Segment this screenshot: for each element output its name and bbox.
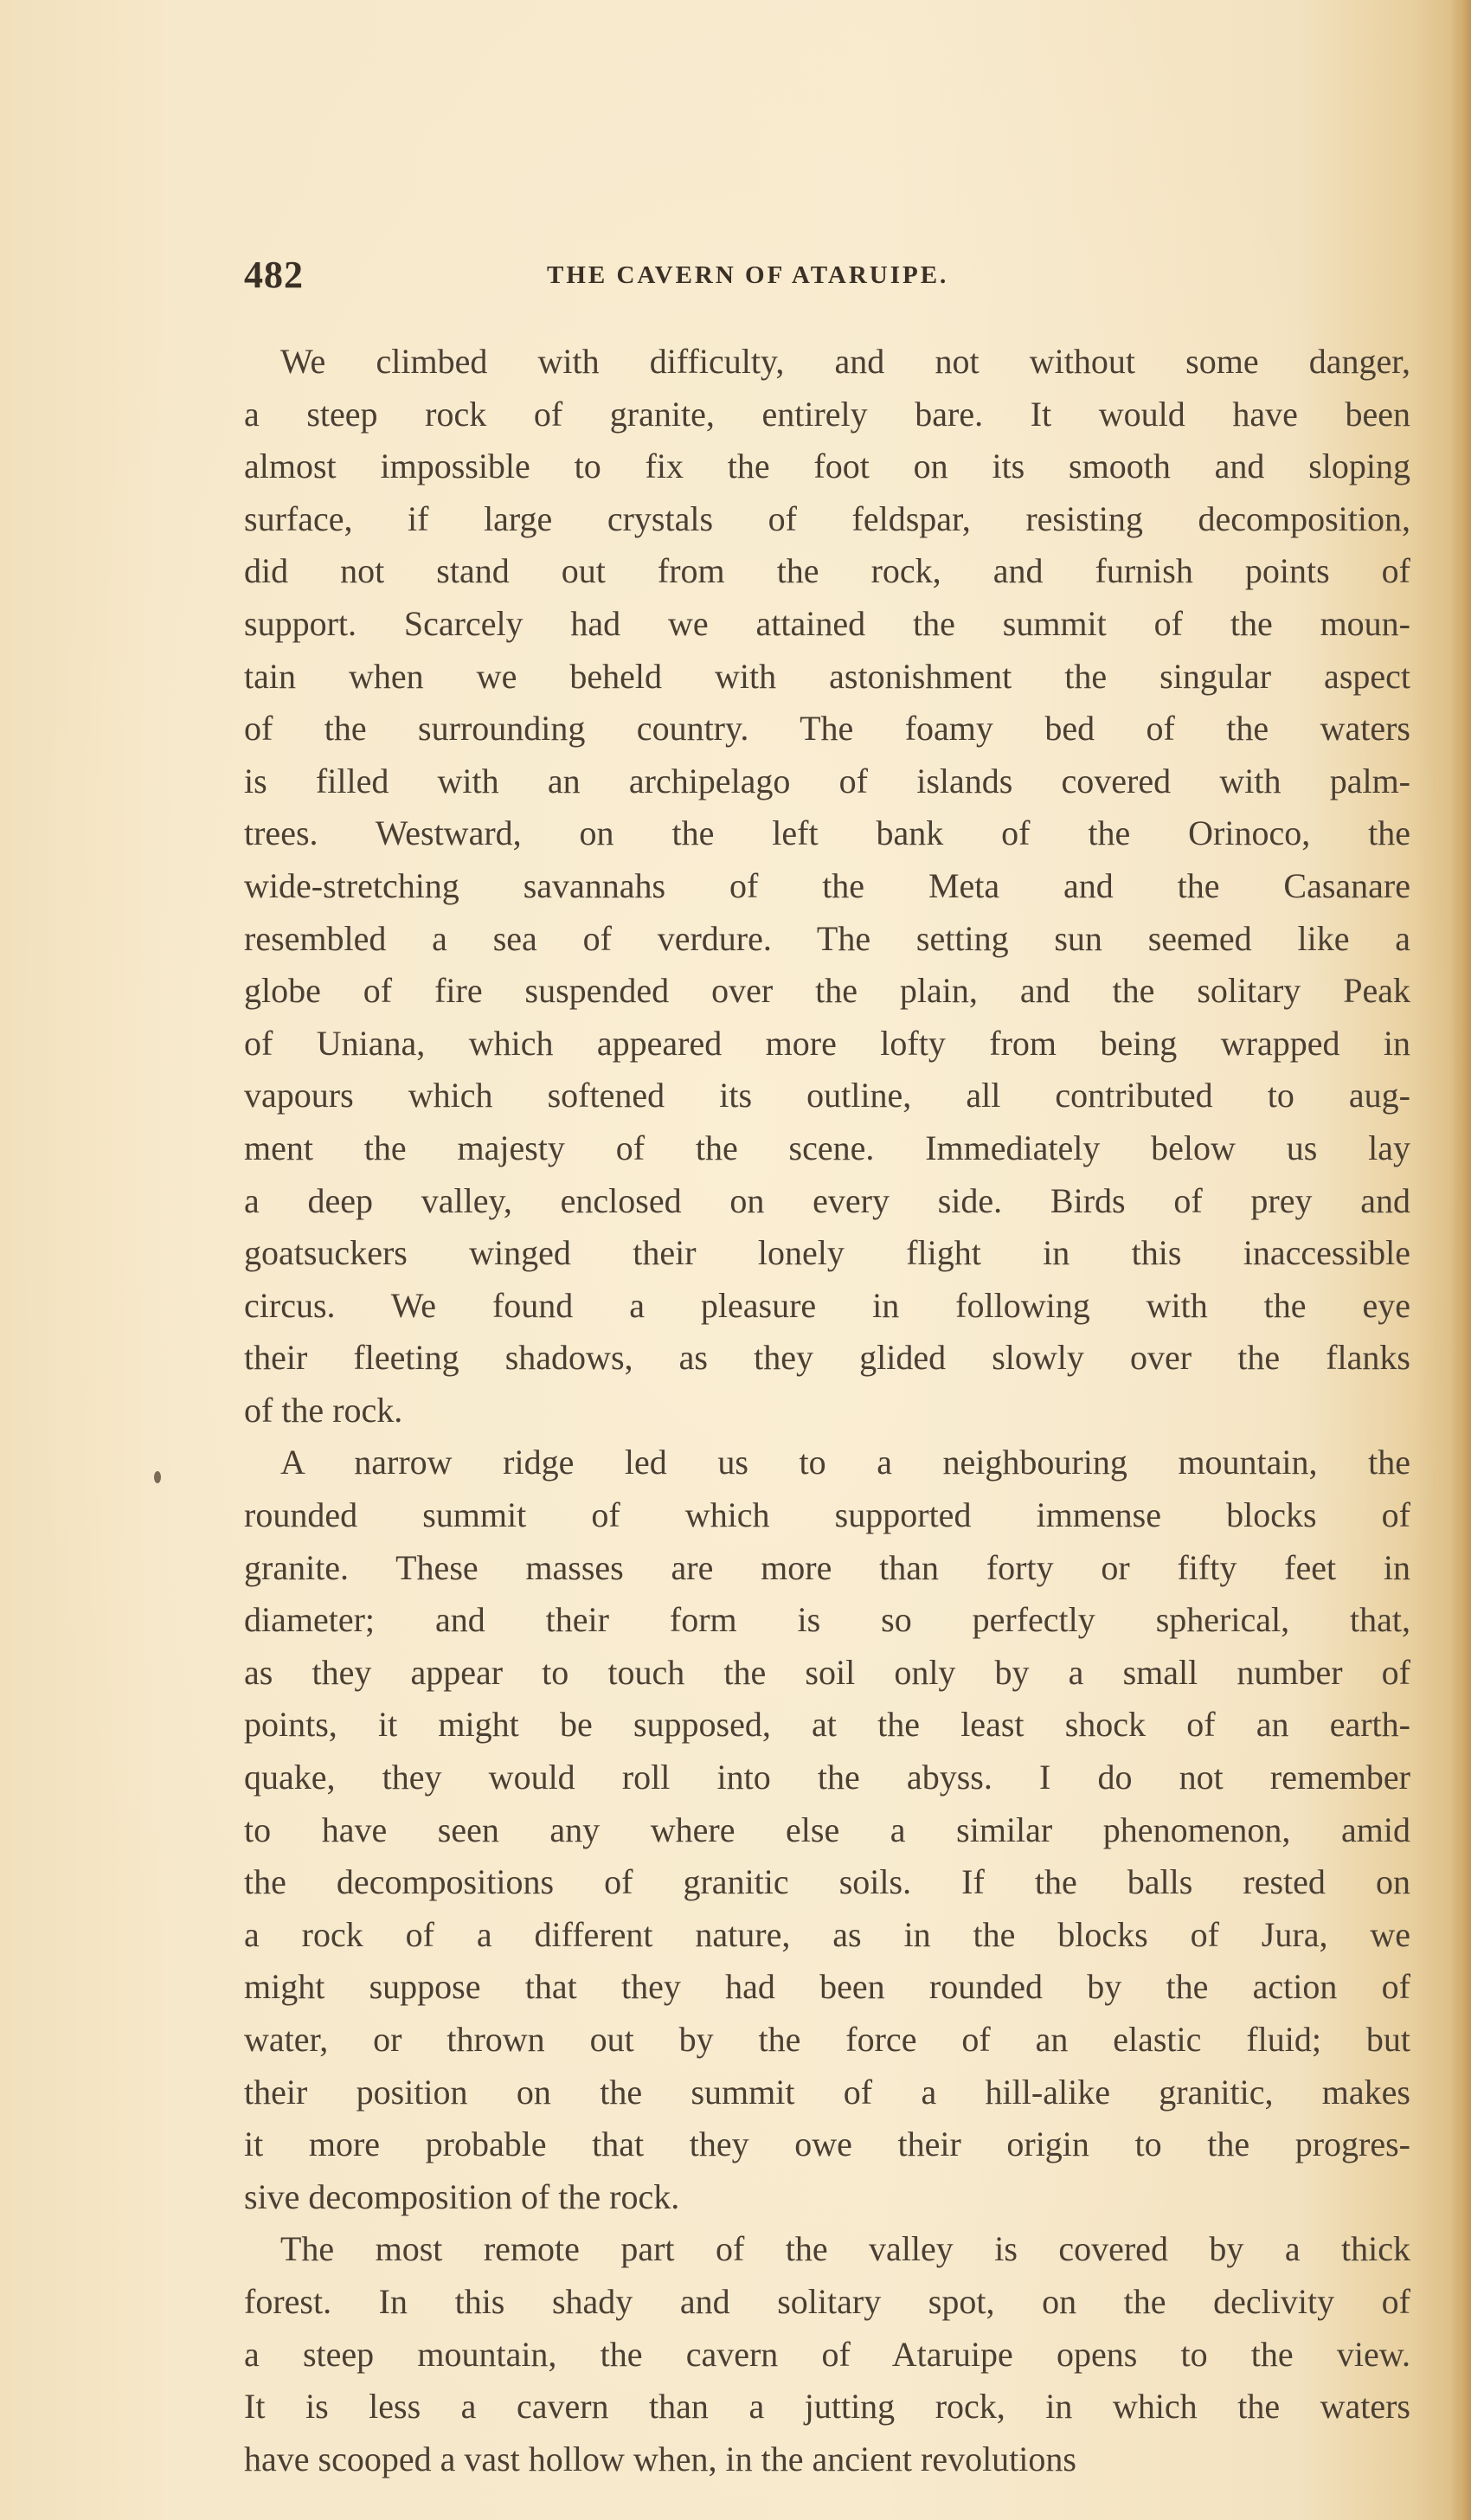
text-line: wide-stretching savannahs of the Meta an… bbox=[244, 860, 1410, 913]
body-text: We climbed with difficulty, and not with… bbox=[244, 336, 1410, 2485]
text-line-content: a rock of a different nature, as in the … bbox=[244, 1909, 1410, 1962]
text-line-content: quake, they would roll into the abyss. I… bbox=[244, 1752, 1410, 1804]
text-line: water, or thrown out by the force of an … bbox=[244, 2014, 1410, 2067]
book-page: 482 THE CAVERN OF ATARUIPE. We climbed w… bbox=[0, 0, 1471, 2520]
text-line: quake, they would roll into the abyss. I… bbox=[244, 1752, 1410, 1804]
text-line: their fleeting shadows, as they glided s… bbox=[244, 1332, 1410, 1385]
text-line-content: forest. In this shady and solitary spot,… bbox=[244, 2276, 1410, 2329]
text-line: surface, if large crystals of feldspar, … bbox=[244, 493, 1410, 546]
text-line: might suppose that they had been rounded… bbox=[244, 1961, 1410, 2014]
text-line: It is less a cavern than a jutting rock,… bbox=[244, 2381, 1410, 2433]
paragraph: A narrow ridge led us to a neighbouring … bbox=[244, 1437, 1410, 2223]
text-line: goatsuckers winged their lonely flight i… bbox=[244, 1227, 1410, 1280]
running-title: THE CAVERN OF ATARUIPE. bbox=[547, 261, 948, 290]
text-line: forest. In this shady and solitary spot,… bbox=[244, 2276, 1410, 2329]
text-line-content: rounded summit of which supported immens… bbox=[244, 1489, 1410, 1542]
text-line: The most remote part of the valley is co… bbox=[244, 2223, 1410, 2276]
text-line: almost impossible to fix the foot on its… bbox=[244, 440, 1410, 493]
text-line: granite. These masses are more than fort… bbox=[244, 1542, 1410, 1595]
text-line-content: resembled a sea of verdure. The setting … bbox=[244, 913, 1410, 966]
text-line-content: their position on the summit of a hill-a… bbox=[244, 2067, 1410, 2119]
text-line-content: a deep valley, enclosed on every side. B… bbox=[244, 1175, 1410, 1228]
text-line: rounded summit of which supported immens… bbox=[244, 1489, 1410, 1542]
text-line: to have seen any where else a similar ph… bbox=[244, 1804, 1410, 1857]
text-line-content: their fleeting shadows, as they glided s… bbox=[244, 1332, 1410, 1385]
text-line: a steep rock of granite, entirely bare. … bbox=[244, 389, 1410, 441]
text-line: have scooped a vast hollow when, in the … bbox=[244, 2433, 1410, 2486]
text-line: points, it might be supposed, at the lea… bbox=[244, 1699, 1410, 1752]
text-line-content: as they appear to touch the soil only by… bbox=[244, 1647, 1410, 1700]
text-line-content: is filled with an archipelago of islands… bbox=[244, 755, 1410, 808]
text-line-content: of Uniana, which appeared more lofty fro… bbox=[244, 1018, 1410, 1070]
text-line-content: It is less a cavern than a jutting rock,… bbox=[244, 2381, 1410, 2433]
text-line-content: support. Scarcely had we attained the su… bbox=[244, 598, 1410, 651]
text-line-content: ment the majesty of the scene. Immediate… bbox=[244, 1122, 1410, 1175]
text-line: globe of fire suspended over the plain, … bbox=[244, 965, 1410, 1018]
text-line: circus. We found a pleasure in following… bbox=[244, 1280, 1410, 1333]
text-line-content: have scooped a vast hollow when, in the … bbox=[244, 2433, 1410, 2486]
paragraph: We climbed with difficulty, and not with… bbox=[244, 336, 1410, 1437]
text-line: tain when we beheld with astonishment th… bbox=[244, 651, 1410, 704]
text-line-content: trees. Westward, on the left bank of the… bbox=[244, 807, 1410, 860]
text-line-content: vapours which softened its outline, all … bbox=[244, 1070, 1410, 1122]
text-line-content: might suppose that they had been rounded… bbox=[244, 1961, 1410, 2014]
text-line-content: did not stand out from the rock, and fur… bbox=[244, 545, 1410, 598]
text-line: a rock of a different nature, as in the … bbox=[244, 1909, 1410, 1962]
ink-speck bbox=[154, 1471, 161, 1483]
text-line-content: of the surrounding country. The foamy be… bbox=[244, 703, 1410, 755]
text-line-content: A narrow ridge led us to a neighbouring … bbox=[280, 1437, 1410, 1489]
text-line-content: surface, if large crystals of feldspar, … bbox=[244, 493, 1410, 546]
text-line: a steep mountain, the cavern of Ataruipe… bbox=[244, 2329, 1410, 2382]
text-line-content: almost impossible to fix the foot on its… bbox=[244, 440, 1410, 493]
text-line-content: water, or thrown out by the force of an … bbox=[244, 2014, 1410, 2067]
text-line: of the rock. bbox=[244, 1385, 1410, 1437]
text-line: their position on the summit of a hill-a… bbox=[244, 2067, 1410, 2119]
text-line-content: circus. We found a pleasure in following… bbox=[244, 1280, 1410, 1333]
text-line-content: of the rock. bbox=[244, 1385, 1410, 1437]
text-line-content: wide-stretching savannahs of the Meta an… bbox=[244, 860, 1410, 913]
text-line: We climbed with difficulty, and not with… bbox=[244, 336, 1410, 389]
text-line-content: sive decomposition of the rock. bbox=[244, 2171, 1410, 2224]
text-line: ment the majesty of the scene. Immediate… bbox=[244, 1122, 1410, 1175]
text-line: of the surrounding country. The foamy be… bbox=[244, 703, 1410, 755]
text-line: is filled with an archipelago of islands… bbox=[244, 755, 1410, 808]
text-line-content: The most remote part of the valley is co… bbox=[280, 2223, 1410, 2276]
text-line: did not stand out from the rock, and fur… bbox=[244, 545, 1410, 598]
text-line: of Uniana, which appeared more lofty fro… bbox=[244, 1018, 1410, 1070]
page-number: 482 bbox=[244, 253, 304, 297]
text-line: resembled a sea of verdure. The setting … bbox=[244, 913, 1410, 966]
text-line: as they appear to touch the soil only by… bbox=[244, 1647, 1410, 1700]
text-line: the decompositions of granitic soils. If… bbox=[244, 1856, 1410, 1909]
text-line: support. Scarcely had we attained the su… bbox=[244, 598, 1410, 651]
paragraph: The most remote part of the valley is co… bbox=[244, 2223, 1410, 2485]
text-line-content: a steep rock of granite, entirely bare. … bbox=[244, 389, 1410, 441]
text-line-content: We climbed with difficulty, and not with… bbox=[280, 336, 1410, 389]
text-line-content: granite. These masses are more than fort… bbox=[244, 1542, 1410, 1595]
text-line-content: a steep mountain, the cavern of Ataruipe… bbox=[244, 2329, 1410, 2382]
text-line-content: points, it might be supposed, at the lea… bbox=[244, 1699, 1410, 1752]
page-header: 482 THE CAVERN OF ATARUIPE. bbox=[244, 253, 1378, 305]
text-line-content: goatsuckers winged their lonely flight i… bbox=[244, 1227, 1410, 1280]
text-line-content: tain when we beheld with astonishment th… bbox=[244, 651, 1410, 704]
text-line: diameter; and their form is so perfectly… bbox=[244, 1594, 1410, 1647]
text-line-content: diameter; and their form is so perfectly… bbox=[244, 1594, 1410, 1647]
text-line-content: to have seen any where else a similar ph… bbox=[244, 1804, 1410, 1857]
text-line: trees. Westward, on the left bank of the… bbox=[244, 807, 1410, 860]
text-line-content: it more probable that they owe their ori… bbox=[244, 2118, 1410, 2171]
text-line: vapours which softened its outline, all … bbox=[244, 1070, 1410, 1122]
text-line-content: the decompositions of granitic soils. If… bbox=[244, 1856, 1410, 1909]
text-line: a deep valley, enclosed on every side. B… bbox=[244, 1175, 1410, 1228]
text-line: sive decomposition of the rock. bbox=[244, 2171, 1410, 2224]
text-line: A narrow ridge led us to a neighbouring … bbox=[244, 1437, 1410, 1489]
text-line-content: globe of fire suspended over the plain, … bbox=[244, 965, 1410, 1018]
text-line: it more probable that they owe their ori… bbox=[244, 2118, 1410, 2171]
